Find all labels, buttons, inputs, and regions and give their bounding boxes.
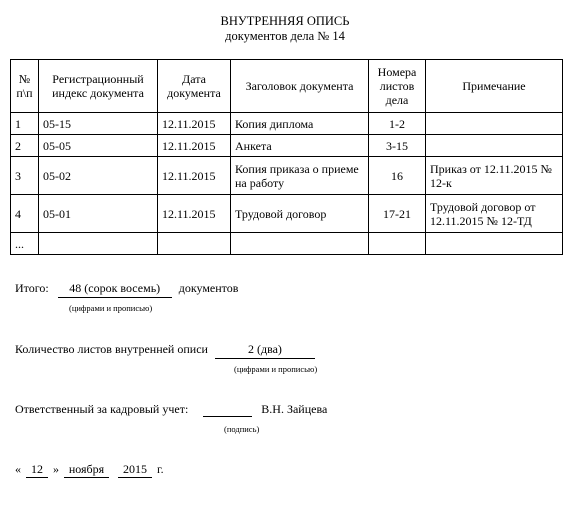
table-header-row: № п\п Регистрационный индекс документа Д… xyxy=(11,60,563,113)
cell-note xyxy=(426,233,563,255)
cell-sheets: 17-21 xyxy=(369,195,426,233)
signature-line xyxy=(203,402,252,417)
sheet-count-value: 2 (два) xyxy=(215,342,315,359)
total-line: Итого: 48 (сорок восемь) документов xyxy=(15,281,238,298)
cell-note xyxy=(426,135,563,157)
cell-sheets xyxy=(369,233,426,255)
total-suffix: документов xyxy=(179,281,239,295)
cell-index xyxy=(39,233,158,255)
cell-title: Копия диплома xyxy=(231,113,369,135)
sheet-count-hint: (цифрами и прописью) xyxy=(234,364,317,374)
responsible-line: Ответственный за кадровый учет: В.Н. Зай… xyxy=(15,402,327,417)
cell-num: 1 xyxy=(11,113,39,135)
sheet-count-label: Количество листов внутренней описи xyxy=(15,342,208,356)
cell-date xyxy=(158,233,231,255)
cell-title: Копия приказа о приеме на работу xyxy=(231,157,369,195)
header-title: Заголовок документа xyxy=(231,60,369,113)
cell-num: ... xyxy=(11,233,39,255)
cell-index: 05-02 xyxy=(39,157,158,195)
cell-num: 4 xyxy=(11,195,39,233)
responsible-label: Ответственный за кадровый учет: xyxy=(15,402,188,416)
cell-sheets: 1-2 xyxy=(369,113,426,135)
total-hint: (цифрами и прописью) xyxy=(69,303,152,313)
cell-date: 12.11.2015 xyxy=(158,195,231,233)
total-label: Итого: xyxy=(15,281,49,295)
title-line-2: документов дела № 14 xyxy=(0,29,570,44)
cell-date: 12.11.2015 xyxy=(158,113,231,135)
date-day: 12 xyxy=(26,462,48,478)
cell-index: 05-15 xyxy=(39,113,158,135)
cell-title: Анкета xyxy=(231,135,369,157)
cell-num: 3 xyxy=(11,157,39,195)
table-row: ... xyxy=(11,233,563,255)
header-index: Регистрационный индекс документа xyxy=(39,60,158,113)
header-date: Дата документа xyxy=(158,60,231,113)
title-line-1: ВНУТРЕННЯЯ ОПИСЬ xyxy=(0,14,570,29)
header-sheets: Номера листов дела xyxy=(369,60,426,113)
responsible-name: В.Н. Зайцева xyxy=(261,402,327,416)
cell-sheets: 16 xyxy=(369,157,426,195)
cell-sheets: 3-15 xyxy=(369,135,426,157)
cell-note: Трудовой договор от 12.11.2015 № 12-ТД xyxy=(426,195,563,233)
date-close-quote: » xyxy=(53,462,59,476)
table-row: 4 05-01 12.11.2015 Трудовой договор 17-2… xyxy=(11,195,563,233)
cell-note xyxy=(426,113,563,135)
table-row: 2 05-05 12.11.2015 Анкета 3-15 xyxy=(11,135,563,157)
signature-hint: (подпись) xyxy=(224,424,259,434)
header-num: № п\п xyxy=(11,60,39,113)
sheet-count-line: Количество листов внутренней описи 2 (дв… xyxy=(15,342,315,359)
date-year: 2015 xyxy=(118,462,152,478)
total-value: 48 (сорок восемь) xyxy=(58,281,172,298)
cell-date: 12.11.2015 xyxy=(158,135,231,157)
date-suffix: г. xyxy=(157,462,164,476)
inventory-table: № п\п Регистрационный индекс документа Д… xyxy=(10,59,563,255)
table-row: 3 05-02 12.11.2015 Копия приказа о прием… xyxy=(11,157,563,195)
table-row: 1 05-15 12.11.2015 Копия диплома 1-2 xyxy=(11,113,563,135)
date-line: « 12 » ноября 2015 г. xyxy=(15,462,164,478)
document-title: ВНУТРЕННЯЯ ОПИСЬ документов дела № 14 xyxy=(0,14,570,44)
cell-note: Приказ от 12.11.2015 № 12-к xyxy=(426,157,563,195)
cell-title xyxy=(231,233,369,255)
date-open-quote: « xyxy=(15,462,21,476)
cell-index: 05-05 xyxy=(39,135,158,157)
cell-title: Трудовой договор xyxy=(231,195,369,233)
cell-num: 2 xyxy=(11,135,39,157)
cell-index: 05-01 xyxy=(39,195,158,233)
date-month: ноября xyxy=(64,462,109,478)
cell-date: 12.11.2015 xyxy=(158,157,231,195)
header-note: Примечание xyxy=(426,60,563,113)
